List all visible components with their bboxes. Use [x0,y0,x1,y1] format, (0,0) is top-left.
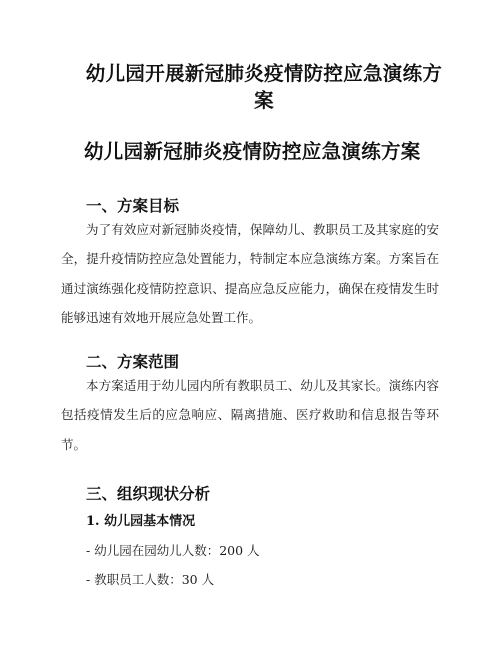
section-heading-goals: 一、方案目标 [86,196,179,216]
section-paragraph-goals: 为了有效应对新冠肺炎疫情，保障幼儿、教职员工及其家庭的安全，提升疫情防控应急处置… [61,215,439,332]
section-paragraph-scope: 本方案适用于幼儿园内所有教职员工、幼儿及其家长。演练内容包括疫情发生后的应急响应… [61,371,439,459]
list-item-children-count: - 幼儿园在园幼儿人数：200 人 [86,541,260,561]
document-title: 幼儿园开展新冠肺炎疫情防控应急演练方案 [84,60,444,114]
document-subtitle: 幼儿园新冠肺炎疫情防控应急演练方案 [84,138,444,165]
list-item-staff-count: - 教职员工人数：30 人 [86,570,214,590]
document-page: 幼儿园开展新冠肺炎疫情防控应急演练方案 幼儿园新冠肺炎疫情防控应急演练方案 一、… [0,0,500,647]
section-heading-analysis: 三、组织现状分析 [86,484,210,504]
section-heading-scope: 二、方案范围 [86,352,179,372]
subheading-kindergarten-info: 1. 幼儿园基本情况 [86,512,195,532]
